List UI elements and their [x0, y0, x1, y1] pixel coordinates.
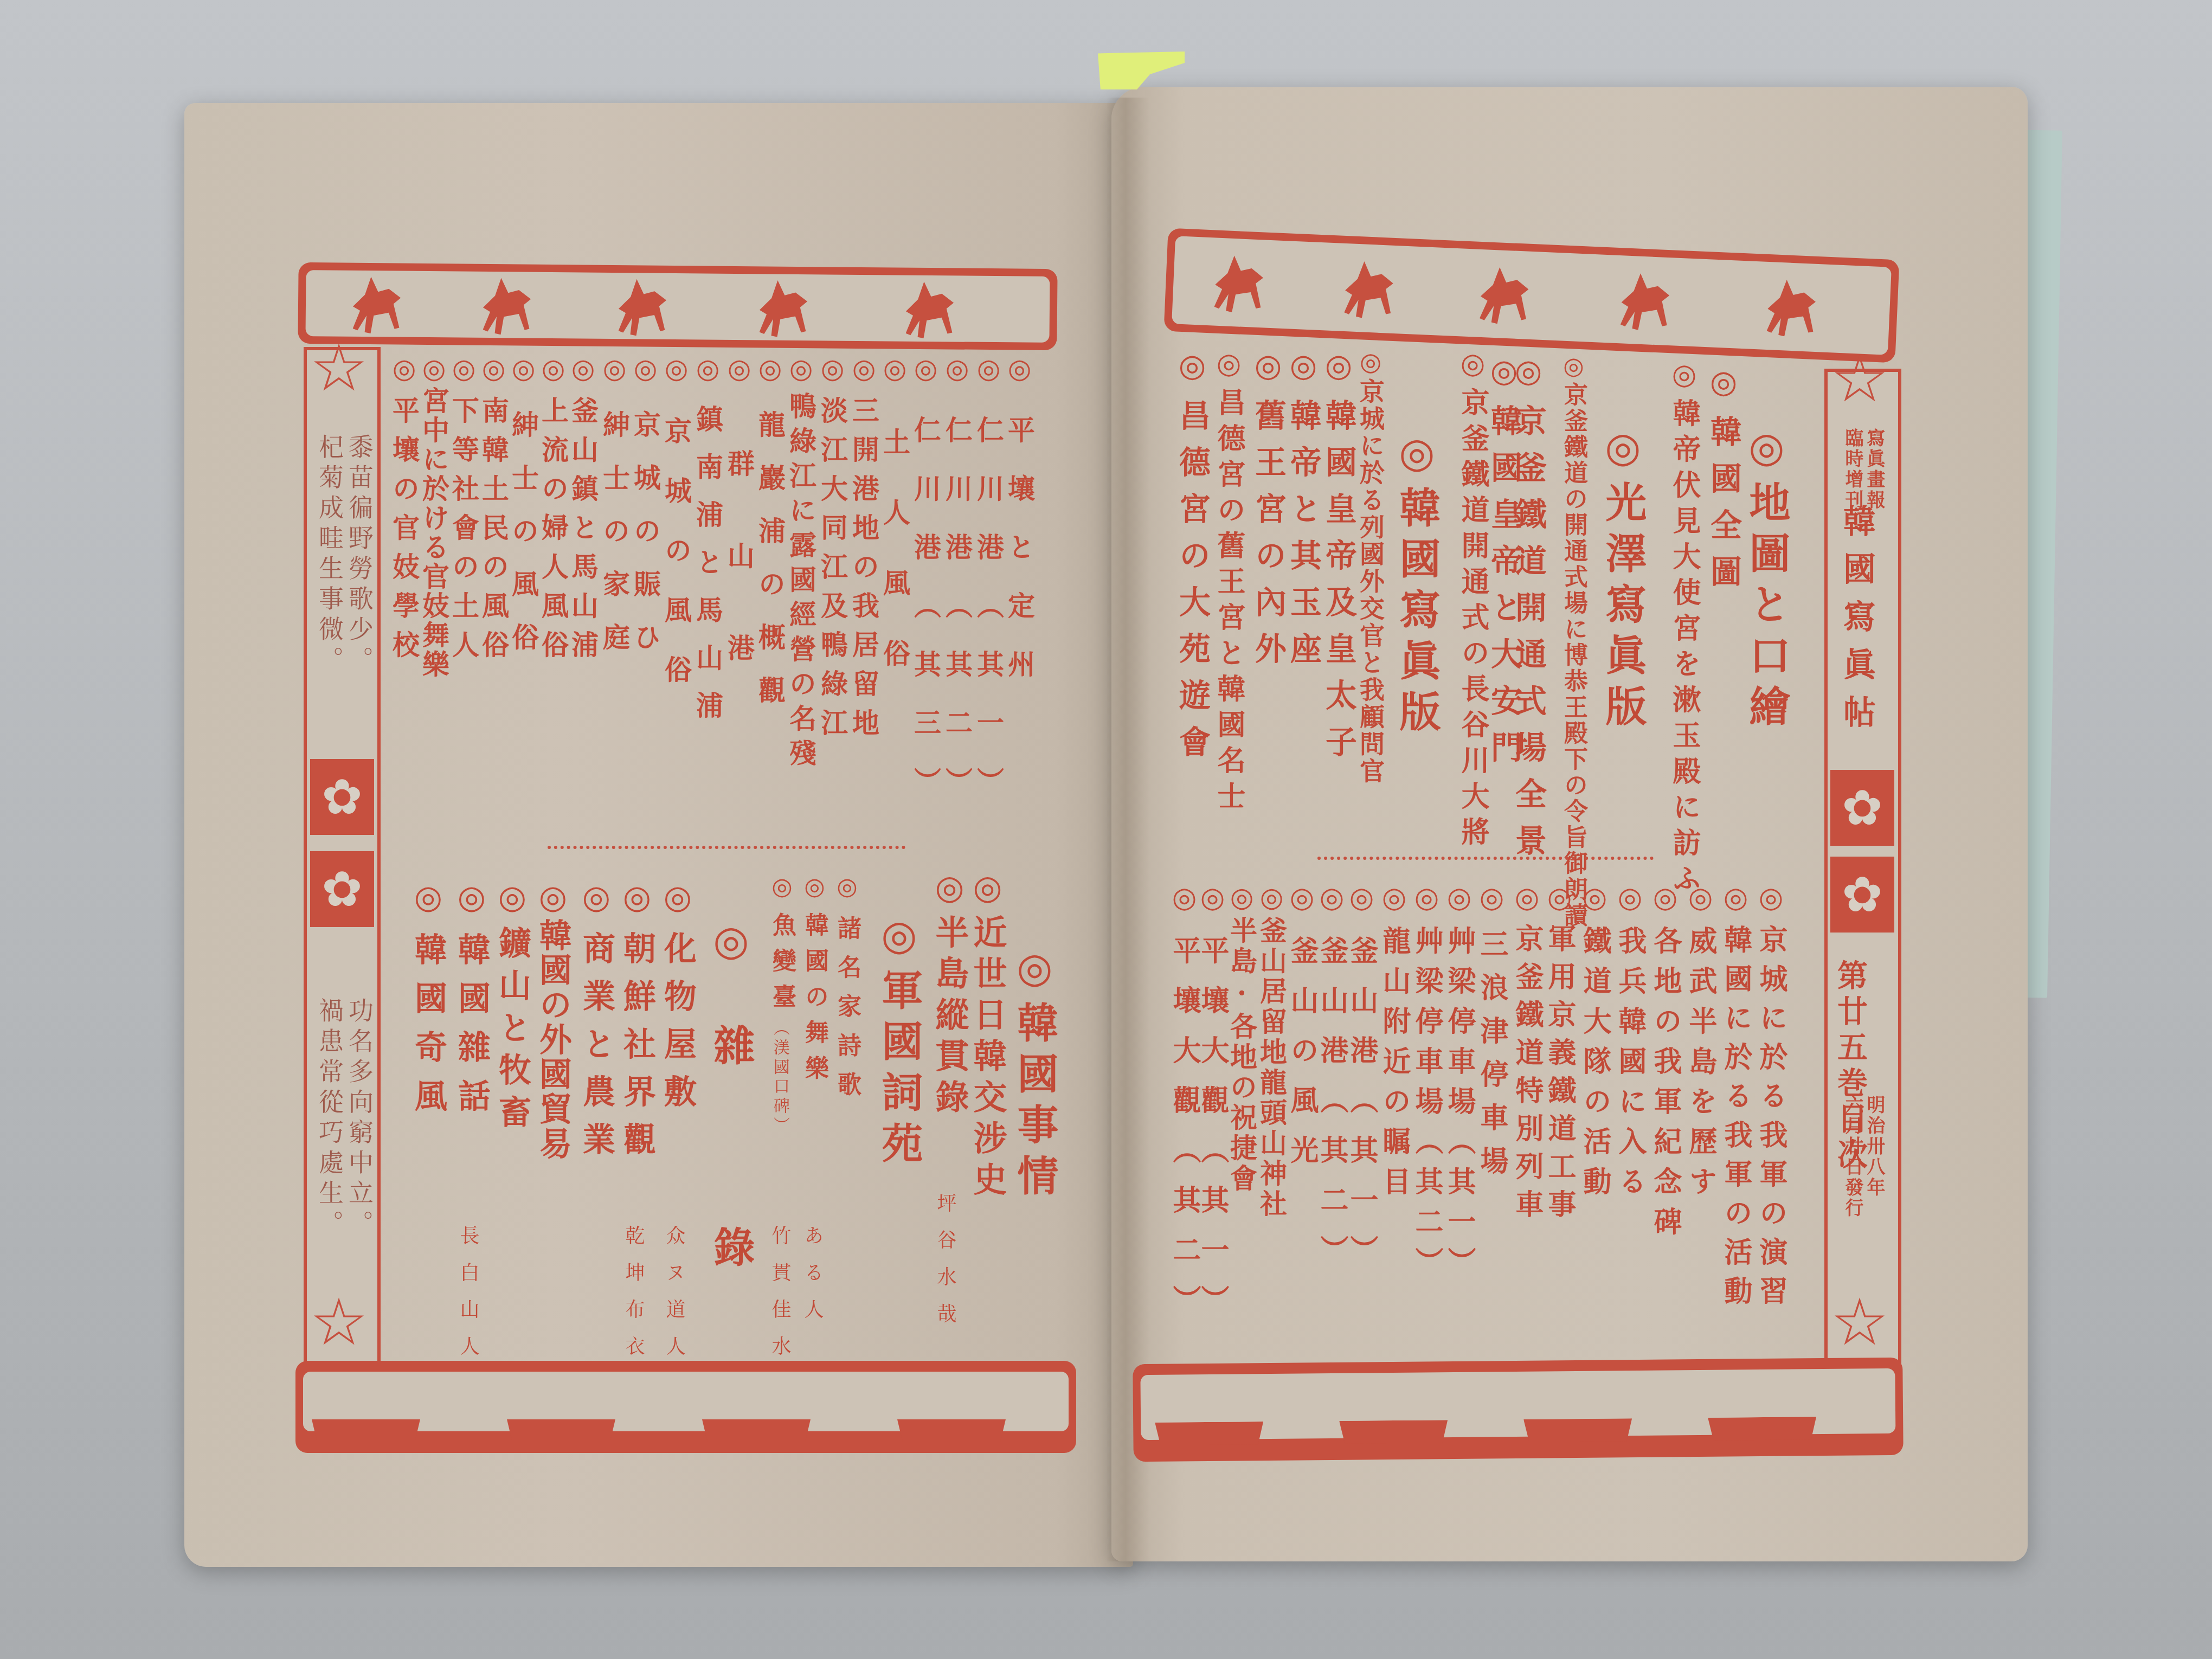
- sakura-icon: ✿: [1830, 857, 1894, 933]
- toc-item[interactable]: ◎仁川港（其三）: [912, 352, 939, 826]
- toc-item[interactable]: ◎我兵韓國に入る: [1616, 881, 1644, 1207]
- poem-line: 功名多向窮中立。: [347, 998, 372, 1240]
- section-heading: ◎雜 錄: [710, 916, 751, 1327]
- toc-item[interactable]: ◎京城の賑ひ: [632, 352, 659, 676]
- item-note: （渼國口碑）: [771, 1019, 788, 1136]
- section-heading: ◎軍國詞苑: [878, 911, 919, 1173]
- toc-item[interactable]: ◎韓國皇帝と大安門: [1488, 352, 1520, 777]
- section-heading: ◎光澤寫眞版: [1602, 423, 1643, 736]
- section-heading: ◎韓國事情: [1014, 943, 1055, 1205]
- book-title: 韓國寫眞帖: [1841, 504, 1873, 743]
- toc-item[interactable]: ◎龍山附近の瞩目: [1380, 881, 1408, 1207]
- author-name: 乾坤布衣: [623, 1225, 643, 1373]
- series-name: 寫眞畫報: [1865, 428, 1883, 511]
- toc-item[interactable]: ◎艸梁停車場（其二）: [1412, 881, 1441, 1287]
- toc-item[interactable]: ◎鴨綠江に露國經營の名殘: [787, 352, 814, 774]
- poem-line: 禍患常從巧處生。: [317, 998, 342, 1240]
- toc-item[interactable]: ◎平壤大觀（其一）: [1198, 881, 1226, 1335]
- toc-item[interactable]: ◎京釜鐵道特別列車: [1513, 881, 1541, 1227]
- section-divider: [1317, 857, 1654, 860]
- toc-item[interactable]: ◎威武半島を歷す: [1686, 881, 1714, 1207]
- toc-item[interactable]: ◎近世日韓交涉史: [970, 867, 1004, 1203]
- section-heading: ◎韓國寫眞版: [1396, 428, 1437, 741]
- toc-item[interactable]: ◎韓國皇帝及皇太子: [1323, 347, 1354, 772]
- toc-item[interactable]: ◎半島·各地の祝捷會: [1228, 881, 1255, 1194]
- toc-item[interactable]: ◎三浪津停車場: [1477, 881, 1506, 1189]
- toc-item[interactable]: ◎平壤大觀（其二）: [1170, 881, 1198, 1335]
- toc-item[interactable]: ◎釜山の風光: [1288, 881, 1316, 1185]
- star-icon: ☆: [306, 336, 371, 401]
- toc-item[interactable]: ◎京城の風俗: [663, 352, 690, 715]
- toc-item[interactable]: ◎京釜鐵道の開通式場に博恭王殿下の令旨御朗讀: [1561, 352, 1585, 929]
- toc-item[interactable]: ◎釜山港（其二）: [1317, 881, 1346, 1285]
- toc-item[interactable]: ◎韓國の外國貿易: [537, 878, 569, 1161]
- toc-item[interactable]: ◎韓國に於る我軍の活動: [1721, 881, 1750, 1315]
- toc-item[interactable]: ◎半島縱貫錄: [933, 867, 966, 1121]
- star-icon: ☆: [306, 1290, 371, 1355]
- toc-item[interactable]: ◎群山港: [725, 352, 753, 726]
- toc-item[interactable]: ◎舊王宮の內外: [1252, 347, 1284, 679]
- poem-line: 黍苗徧野勞歌少。: [347, 434, 372, 677]
- toc-item[interactable]: ◎昌德宮の舊王宮と韓國名士: [1214, 347, 1243, 817]
- toc-item[interactable]: ◎韓國の舞樂: [802, 873, 826, 1091]
- sakura-icon: ✿: [310, 851, 374, 927]
- toc-item[interactable]: ◎鑛山と牧畜: [496, 878, 529, 1137]
- toc-item[interactable]: ◎韓國全圖: [1708, 363, 1739, 602]
- author-name: 竹貫佳水: [770, 1225, 789, 1373]
- toc-item[interactable]: ◎釜山居留地龍頭山神社: [1258, 881, 1285, 1220]
- author-name: 众ヌ道人: [664, 1225, 684, 1373]
- date-line-2: 六月廿日發行: [1843, 1095, 1862, 1219]
- toc-item[interactable]: ◎京城に於る我軍の演習: [1757, 881, 1785, 1315]
- horse-riders-band: [298, 262, 1057, 350]
- poem-line: 杞菊成畦生事微。: [317, 434, 342, 677]
- toc-item[interactable]: ◎化物屋敷: [661, 878, 694, 1122]
- toc-item[interactable]: ◎朝鮮社界觀: [621, 878, 653, 1170]
- warships-band: [1133, 1358, 1904, 1462]
- toc-item[interactable]: ◎宮中に於ける官妓舞樂: [420, 352, 447, 679]
- toc-item[interactable]: ◎仁川港（其二）: [943, 352, 970, 826]
- toc-item[interactable]: ◎鎮南浦と馬山浦: [694, 352, 721, 739]
- toc-item[interactable]: ◎釜山鎮と馬山浦: [569, 352, 596, 670]
- toc-item[interactable]: ◎京城に於る列國外交官と我顧問官: [1358, 347, 1383, 785]
- toc-item[interactable]: ◎昌德宮の大苑遊會: [1176, 347, 1208, 772]
- toc-item[interactable]: ◎商業と農業: [580, 878, 613, 1170]
- toc-item[interactable]: ◎平壤と定州: [1006, 352, 1033, 709]
- toc-item[interactable]: ◎淡江大同江及鴨綠江: [819, 352, 846, 748]
- toc-item[interactable]: ◎紳士の風俗: [510, 352, 537, 676]
- book-gutter: [1106, 98, 1149, 1561]
- sakura-icon: ✿: [1830, 770, 1894, 846]
- toc-item[interactable]: ◎下等社會の土人: [450, 352, 477, 670]
- warships-band: [295, 1361, 1076, 1453]
- star-icon: ☆: [1827, 347, 1892, 412]
- toc-item[interactable]: ◎艸梁停車場（其一）: [1445, 881, 1473, 1287]
- star-icon: ☆: [1827, 1290, 1892, 1355]
- series-name-2: 臨時增刊: [1843, 428, 1862, 511]
- toc-item[interactable]: ◎上流の婦人風俗: [539, 352, 567, 670]
- toc-item[interactable]: ◎諸名家詩歌: [835, 873, 859, 1111]
- author-name: ある人: [802, 1225, 822, 1336]
- toc-item[interactable]: ◎鐵道大隊の活動: [1580, 881, 1609, 1207]
- toc-item[interactable]: ◎土人風俗: [881, 352, 908, 710]
- toc-item[interactable]: ◎韓國雜話: [455, 878, 488, 1128]
- sakura-icon: ✿: [310, 759, 374, 835]
- toc-item[interactable]: ◎三開港地の我居留地: [850, 352, 877, 748]
- toc-item[interactable]: ◎魚變臺: [770, 873, 794, 1020]
- section-heading: ◎地圖と口繪: [1746, 423, 1787, 736]
- toc-item[interactable]: ◎韓帝伏見大使宮を漱玉殿に訪ふ: [1670, 358, 1698, 899]
- section-divider: [548, 846, 905, 849]
- toc-item[interactable]: ◎各地の我軍紀念碑: [1651, 881, 1679, 1247]
- toc-item[interactable]: ◎韓國奇風: [412, 878, 445, 1128]
- toc-item[interactable]: ◎南韓土民の風俗: [480, 352, 507, 670]
- toc-item[interactable]: ◎京釜鐵道開通式の長谷川大將: [1458, 347, 1487, 853]
- toc-item[interactable]: ◎仁川港（其一）: [975, 352, 1002, 826]
- toc-item[interactable]: ◎紳士の家庭: [601, 352, 628, 676]
- author-name: 坪谷水哉: [935, 1193, 955, 1340]
- date-line-1: 明治卅八年: [1865, 1095, 1883, 1198]
- toc-item[interactable]: ◎韓帝と其玉座: [1288, 347, 1319, 679]
- toc-item[interactable]: ◎平壤の官妓學校: [390, 352, 417, 670]
- author-name: 長白山人: [458, 1225, 478, 1373]
- toc-item[interactable]: ◎龍巖浦の概觀: [756, 352, 783, 729]
- toc-item[interactable]: ◎釜山港（其一）: [1347, 881, 1375, 1285]
- toc-item[interactable]: ◎軍用京義鐵道工事: [1545, 881, 1573, 1227]
